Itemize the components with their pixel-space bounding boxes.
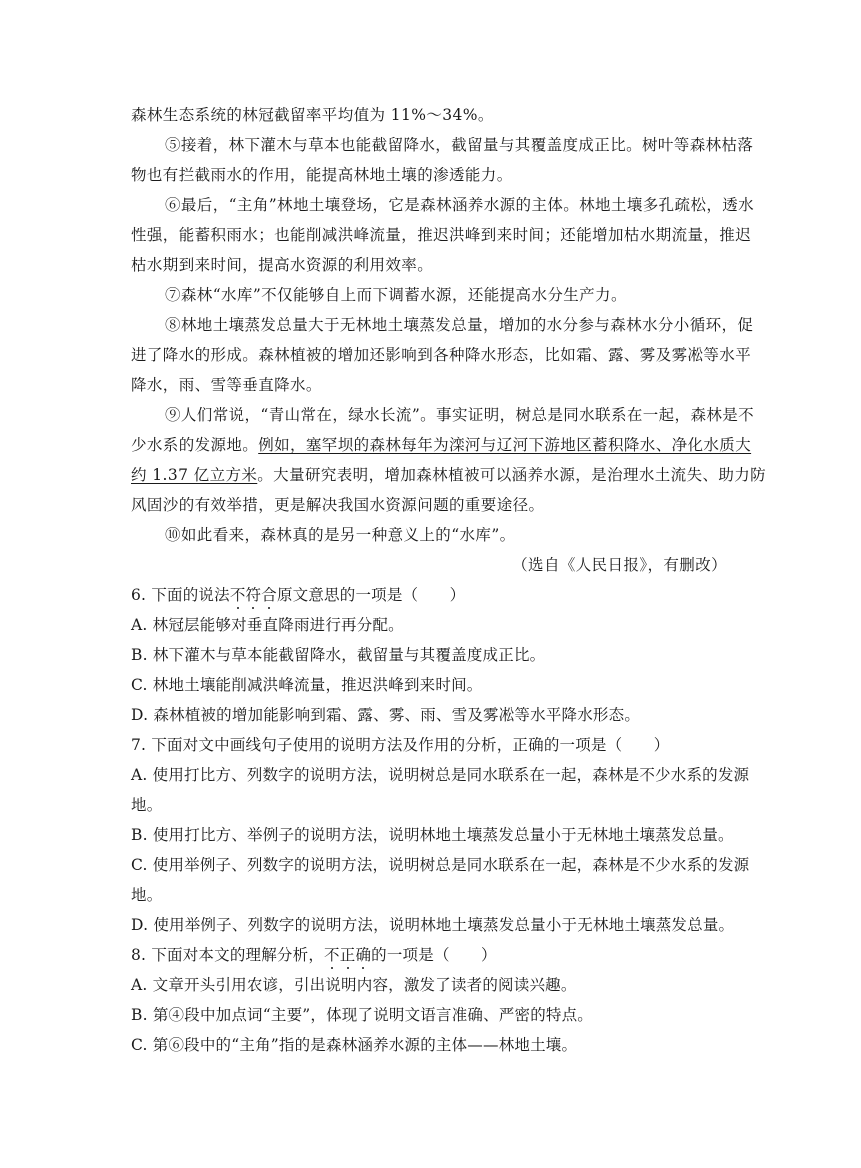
document-page: 森林生态系统的林冠截留率平均值为 11%～34%。 ⑤接着，林下灌木与草本也能截… <box>131 100 731 1060</box>
paragraph-9-plain-text-2: 。大量研究表明，增加森林植被可以涵养水源，是治理水土流失、助力防 <box>257 466 766 484</box>
underlined-sentence-part-1: 例如，塞罕坝的森林每年为滦河与辽河下游地区蓄积降水、净化水质大 <box>258 436 751 454</box>
paragraph-6-line-3: 枯水期到来时间，提高水资源的利用效率。 <box>131 250 731 280</box>
question-8-stem: 8. 下面对本文的理解分析，不正确的一项是（ ） <box>131 940 731 970</box>
emphasis-dot-char: 符 <box>246 580 262 610</box>
question-6-option-c: C. 林地土壤能削减洪峰流量，推迟洪峰到来时间。 <box>131 670 731 700</box>
source-citation: （选自《人民日报》，有删改） <box>131 550 731 580</box>
question-7-option-b: B. 使用打比方、举例子的说明方法，说明林地土壤蒸发总量小于无林地土壤蒸发总量。 <box>131 820 731 850</box>
question-8-option-a: A. 文章开头引用农谚，引出说明内容，激发了读者的阅读兴趣。 <box>131 970 731 1000</box>
question-7-option-c-line-2: 地。 <box>131 880 731 910</box>
paragraph-7: ⑦森林“水库”不仅能够自上而下调蓄水源，还能提高水分生产力。 <box>131 280 731 310</box>
paragraph-8-line-1: ⑧林地土壤蒸发总量大于无林地土壤蒸发总量，增加的水分参与森林水分小循环，促 <box>131 310 731 340</box>
paragraph-6-line-1: ⑥最后，“主角”林地土壤登场，它是森林涵养水源的主体。林地土壤多孔疏松，透水 <box>131 190 731 220</box>
emphasis-dot-char: 合 <box>261 580 277 610</box>
emphasis-dot-char: 不 <box>324 940 340 970</box>
question-6-option-d: D. 森林植被的增加能影响到霜、露、雾、雨、雪及雾凇等水平降水形态。 <box>131 700 731 730</box>
paragraph-10: ⑩如此看来，森林真的是另一种意义上的“水库”。 <box>131 520 731 550</box>
question-6-stem: 6. 下面的说法不符合原文意思的一项是（ ） <box>131 580 731 610</box>
question-7-option-d: D. 使用举例子、列数字的说明方法，说明林地土壤蒸发总量小于无林地土壤蒸发总量。 <box>131 910 731 940</box>
question-8-stem-suffix: 的一项是（ ） <box>371 946 497 964</box>
paragraph-9-line-1: ⑨人们常说，“青山常在，绿水长流”。事实证明，树总是同水联系在一起，森林是不 <box>131 400 731 430</box>
emphasis-dot-char: 正 <box>340 940 356 970</box>
question-7-option-c-line-1: C. 使用举例子、列数字的说明方法，说明树总是同水联系在一起，森林是不少水系的发… <box>131 850 731 880</box>
question-6-option-a: A. 林冠层能够对垂直降雨进行再分配。 <box>131 610 731 640</box>
paragraph-8-line-3: 降水，雨、雪等垂直降水。 <box>131 370 731 400</box>
paragraph-4-tail: 森林生态系统的林冠截留率平均值为 11%～34%。 <box>131 100 731 130</box>
paragraph-9-line-3: 约 1.37 亿立方米。大量研究表明，增加森林植被可以涵养水源，是治理水土流失、… <box>131 460 731 490</box>
emphasis-dot-char: 不 <box>230 580 246 610</box>
paragraph-5-line-1: ⑤接着，林下灌木与草本也能截留降水，截留量与其覆盖度成正比。树叶等森林枯落 <box>131 130 731 160</box>
question-6-stem-suffix: 原文意思的一项是（ ） <box>277 586 465 604</box>
question-6-stem-prefix: 6. 下面的说法 <box>131 586 230 604</box>
emphasis-dot-char: 确 <box>355 940 371 970</box>
paragraph-8-line-2: 进了降水的形成。森林植被的增加还影响到各种降水形态，比如霜、露、雾及雾凇等水平 <box>131 340 731 370</box>
question-8-option-c: C. 第⑥段中的“主角”指的是森林涵养水源的主体——林地土壤。 <box>131 1030 731 1060</box>
paragraph-9-line-4: 风固沙的有效举措，更是解决我国水资源问题的重要途径。 <box>131 490 731 520</box>
question-7-option-a-line-2: 地。 <box>131 790 731 820</box>
question-7-option-a-line-1: A. 使用打比方、列数字的说明方法，说明树总是同水联系在一起，森林是不少水系的发… <box>131 760 731 790</box>
question-7-stem: 7. 下面对文中画线句子使用的说明方法及作用的分析，正确的一项是（ ） <box>131 730 731 760</box>
question-8-option-b: B. 第④段中加点词“主要”，体现了说明文语言准确、严密的特点。 <box>131 1000 731 1030</box>
question-8-stem-prefix: 8. 下面对本文的理解分析， <box>131 946 324 964</box>
paragraph-9-plain-text: 少水系的发源地。 <box>131 436 258 454</box>
underlined-sentence-part-2: 约 1.37 亿立方米 <box>131 466 257 484</box>
paragraph-5-line-2: 物也有拦截雨水的作用，能提高林地土壤的渗透能力。 <box>131 160 731 190</box>
paragraph-9-line-2: 少水系的发源地。例如，塞罕坝的森林每年为滦河与辽河下游地区蓄积降水、净化水质大 <box>131 430 731 460</box>
paragraph-6-line-2: 性强，能蓄积雨水；也能削减洪峰流量，推迟洪峰到来时间；还能增加枯水期流量，推迟 <box>131 220 731 250</box>
question-6-option-b: B. 林下灌木与草本能截留降水，截留量与其覆盖度成正比。 <box>131 640 731 670</box>
